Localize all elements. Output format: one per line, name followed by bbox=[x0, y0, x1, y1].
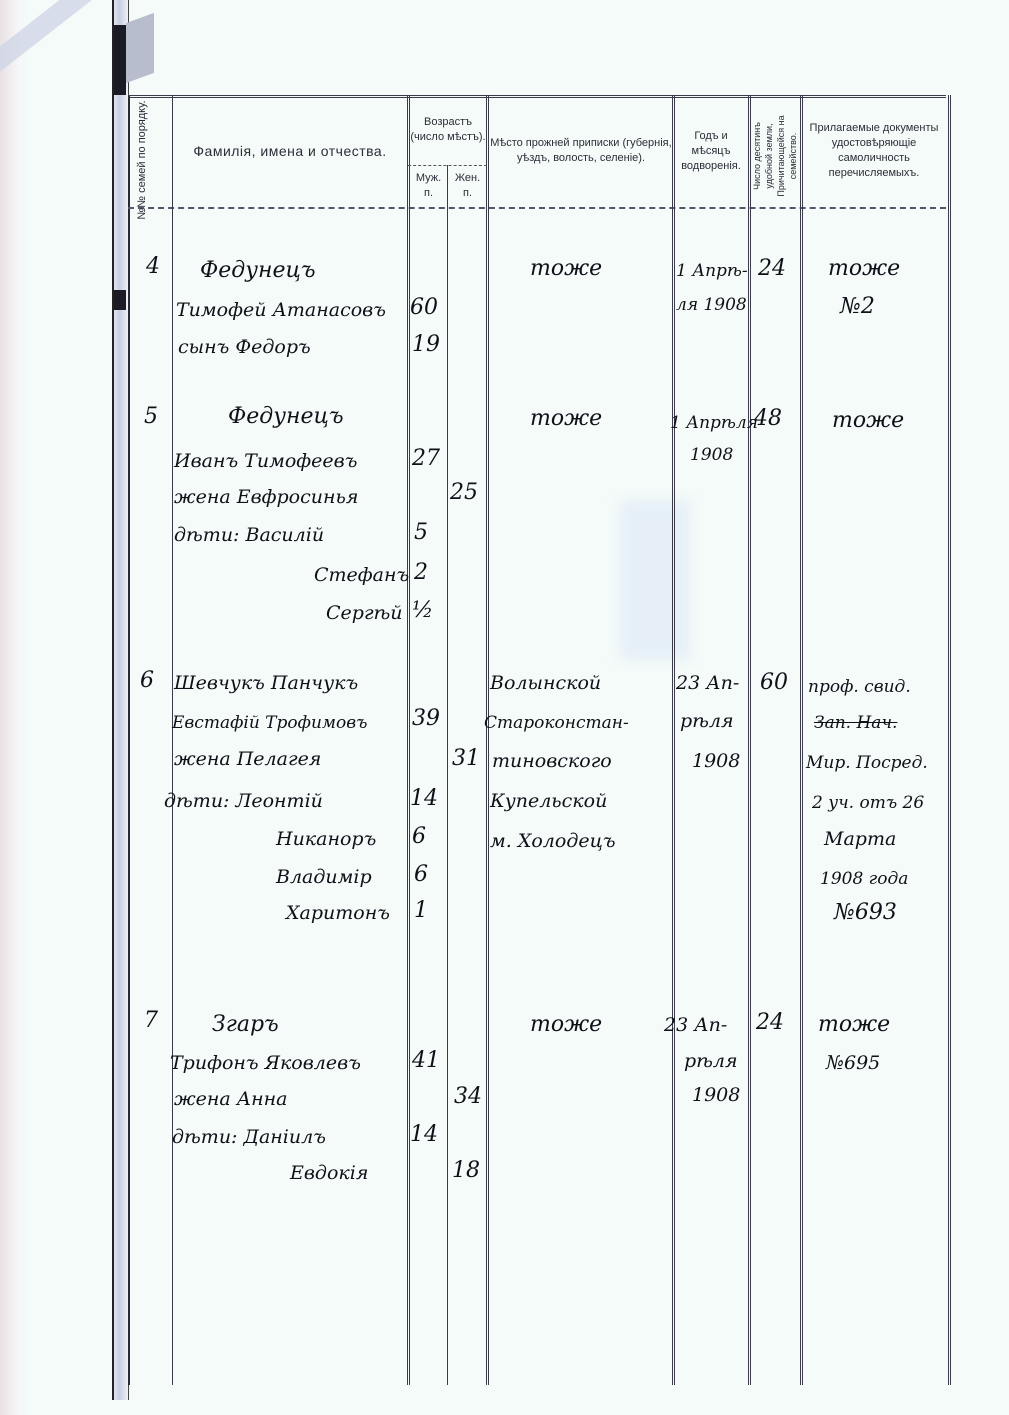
binding-shadow bbox=[114, 25, 126, 95]
member-age-female: 31 bbox=[452, 746, 480, 772]
member-name: Владимір bbox=[276, 864, 372, 890]
family-surname: Федунецъ bbox=[200, 258, 316, 284]
member-age-male: 1 bbox=[414, 898, 428, 924]
header-date: Годъ и мѣсяцъ водворенія. bbox=[675, 97, 747, 205]
date-line: 1908 bbox=[690, 442, 733, 468]
header-bottom-rule bbox=[128, 207, 946, 209]
docs-line: №2 bbox=[840, 294, 875, 320]
member-name: Трифонъ Яковлевъ bbox=[170, 1050, 361, 1076]
docs-line: 1908 года bbox=[820, 866, 908, 892]
date-line: 23 Ап- bbox=[664, 1012, 727, 1038]
member-age-male: 5 bbox=[414, 520, 428, 546]
member-name: дѣти: Даніилъ bbox=[172, 1124, 326, 1150]
member-age-male: 39 bbox=[412, 706, 440, 732]
date-line: ля 1908 bbox=[676, 292, 747, 318]
date-line: рѣля bbox=[684, 1048, 738, 1074]
member-name: жена Пелагея bbox=[174, 746, 321, 772]
member-name: Харитонъ bbox=[286, 900, 390, 926]
member-name: дѣти: Леонтій bbox=[164, 788, 323, 814]
origin-line: тоже bbox=[530, 406, 602, 432]
member-age-female: 25 bbox=[450, 480, 478, 506]
scan-background bbox=[0, 0, 30, 1415]
date-line: 1908 bbox=[692, 748, 740, 774]
member-age-female: 18 bbox=[452, 1158, 480, 1184]
header-age: Возрастъ (число мѣстъ). bbox=[410, 97, 486, 163]
column-divider bbox=[486, 95, 489, 1385]
date-line: рѣля bbox=[680, 708, 734, 734]
header-origin: Мѣсто прожней приписки (губернія, уѣздъ,… bbox=[490, 97, 672, 205]
member-age-female: 34 bbox=[454, 1084, 482, 1110]
docs-line: №695 bbox=[826, 1050, 880, 1076]
member-name: сынъ Федоръ bbox=[178, 334, 311, 360]
age-subheader-rule bbox=[408, 165, 487, 166]
docs-line: Марта bbox=[824, 826, 896, 852]
origin-line: Волынской bbox=[490, 670, 601, 696]
header-family-no: №№ семей по порядку. bbox=[135, 95, 175, 225]
origin-line: Староконстан- bbox=[484, 710, 629, 736]
origin-line: тоже bbox=[530, 256, 602, 282]
member-name: жена Анна bbox=[174, 1086, 287, 1112]
member-age-male: 6 bbox=[412, 824, 426, 850]
header-land: Число десятинъ удобной земли, Причитающе… bbox=[751, 104, 799, 208]
date-line: 1908 bbox=[692, 1082, 740, 1108]
column-divider bbox=[672, 95, 675, 1385]
land-value: 48 bbox=[754, 406, 782, 432]
docs-line: тоже bbox=[832, 408, 904, 434]
header-names: Фамилія, имена и отчества. bbox=[174, 97, 406, 205]
column-divider bbox=[407, 95, 410, 1385]
member-age-male: 6 bbox=[414, 862, 428, 888]
origin-line: Купельской bbox=[490, 788, 607, 814]
land-value: 24 bbox=[756, 1010, 784, 1036]
family-surname: Федунецъ bbox=[228, 404, 344, 430]
docs-line: тоже bbox=[828, 256, 900, 282]
date-line: 23 Ап- bbox=[676, 670, 739, 696]
member-name: Иванъ Тимофеевъ bbox=[174, 448, 357, 474]
member-age-male: 2 bbox=[414, 560, 428, 586]
registry-table bbox=[128, 95, 951, 1385]
member-age-male: 60 bbox=[410, 295, 438, 321]
docs-line: Мир. Посред. bbox=[806, 750, 928, 776]
header-docs: Прилагаемые документы удостовѣряющіе сам… bbox=[803, 97, 945, 205]
family-surname: Шевчукъ Панчукъ bbox=[174, 670, 358, 696]
column-divider bbox=[748, 95, 751, 1385]
docs-line: тоже bbox=[818, 1012, 890, 1038]
docs-line: 2 уч. отъ 26 bbox=[812, 790, 924, 816]
paper-stub bbox=[126, 13, 154, 83]
member-name: Тимофей Атанасовъ bbox=[176, 297, 386, 323]
docs-line: проф. свид. bbox=[808, 674, 911, 700]
family-surname: Згаръ bbox=[212, 1012, 279, 1038]
member-age-male: 27 bbox=[412, 446, 440, 472]
family-number: 7 bbox=[144, 1008, 158, 1034]
origin-line: тоже bbox=[530, 1012, 602, 1038]
member-name: жена Евфросинья bbox=[174, 484, 358, 510]
docs-line-struck: Зап. Нач. bbox=[814, 710, 897, 736]
member-name: Евстафій Трофимовъ bbox=[172, 710, 367, 736]
member-age-male: ½ bbox=[412, 598, 433, 624]
family-number: 5 bbox=[144, 404, 158, 430]
origin-line: тиновского bbox=[492, 748, 612, 774]
date-line: 1 Апрѣ- bbox=[676, 258, 748, 284]
member-name: Стефанъ bbox=[314, 562, 409, 588]
member-name: Евдокія bbox=[290, 1160, 368, 1186]
land-value: 24 bbox=[758, 256, 786, 282]
member-age-male: 14 bbox=[410, 786, 438, 812]
family-number: 6 bbox=[140, 668, 154, 694]
member-age-male: 19 bbox=[412, 332, 440, 358]
origin-line: м. Холодецъ bbox=[490, 828, 616, 854]
member-name: дѣти: Василій bbox=[174, 522, 324, 548]
binding-shadow bbox=[114, 290, 126, 310]
column-divider bbox=[172, 95, 173, 1385]
header-age-female: Жен. п. bbox=[449, 167, 486, 205]
docs-line: №693 bbox=[834, 900, 897, 926]
column-divider bbox=[800, 95, 803, 1385]
header-age-male: Муж. п. bbox=[410, 167, 447, 205]
column-divider bbox=[447, 165, 448, 1385]
family-number: 4 bbox=[146, 254, 160, 280]
member-name: Сергѣй bbox=[326, 600, 403, 626]
member-name: Никаноръ bbox=[276, 826, 376, 852]
binding-strip bbox=[112, 0, 129, 1400]
date-line: 1 Апрѣля bbox=[670, 410, 758, 436]
land-value: 60 bbox=[760, 670, 788, 696]
member-age-male: 41 bbox=[412, 1048, 440, 1074]
member-age-male: 14 bbox=[410, 1122, 438, 1148]
